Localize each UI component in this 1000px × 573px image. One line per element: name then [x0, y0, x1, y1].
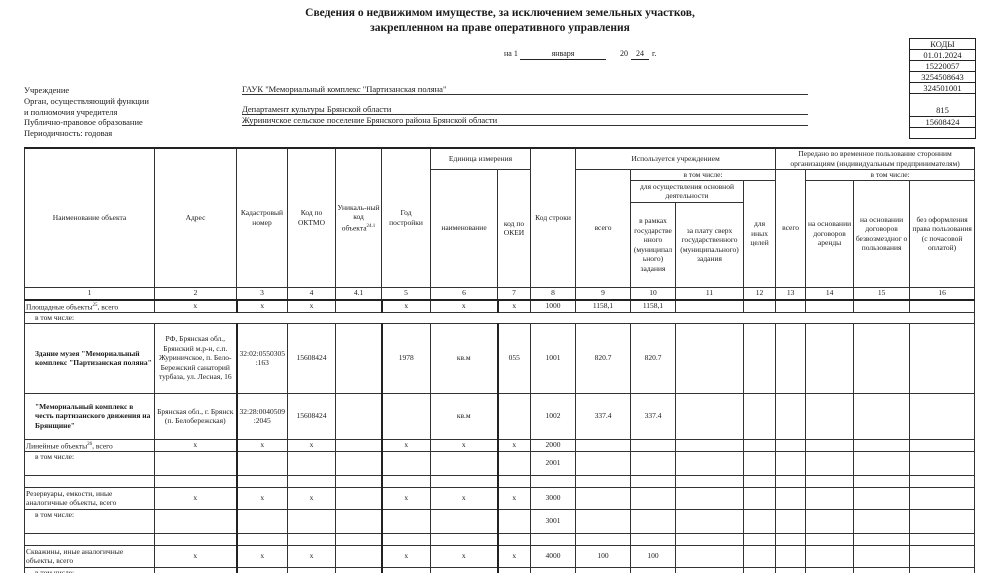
cell-col-9 — [576, 533, 631, 545]
row-label: в том числе: — [25, 312, 975, 323]
cell-col-5 — [382, 475, 431, 487]
cell-col-7 — [498, 567, 531, 573]
table-row: Скважины, иные аналогичные объекты, всег… — [25, 545, 975, 567]
header-cadastral: Кадастровый номер — [237, 148, 288, 287]
cell-col-8: 1000 — [531, 300, 576, 313]
code-oktmo: 15608424 — [910, 117, 975, 128]
cell-col-10: 820.7 — [631, 323, 676, 393]
cell-col-13 — [776, 545, 806, 567]
cell-col-4.1 — [336, 439, 382, 451]
date-suffix: г. — [652, 49, 656, 59]
cell-col-15 — [854, 475, 910, 487]
cell-col-12 — [744, 509, 776, 533]
cell-col-6: кв.м — [431, 393, 498, 439]
cell-col-14 — [806, 533, 854, 545]
cell-col-3 — [237, 567, 288, 573]
cell-col-12 — [744, 475, 776, 487]
cell-col-12 — [744, 533, 776, 545]
cell-col-13 — [776, 439, 806, 451]
cell-col-12 — [744, 487, 776, 509]
cell-col-12 — [744, 323, 776, 393]
cell-col-6 — [431, 509, 498, 533]
cell-col-10 — [631, 439, 676, 451]
cell-col-15 — [854, 509, 910, 533]
cell-col-4.1 — [336, 533, 382, 545]
table-row: в том числе: — [25, 312, 975, 323]
code-date: 01.01.2024 — [910, 50, 975, 61]
cell-col-5 — [382, 393, 431, 439]
column-number: 1 — [25, 287, 155, 300]
cell-col-16 — [910, 533, 975, 545]
code-inn: 3254508643 — [910, 72, 975, 83]
column-number: 2 — [155, 287, 237, 300]
header-lease: на основании договоров аренды — [806, 180, 854, 287]
cell-col-16 — [910, 509, 975, 533]
cell-col-4.1 — [336, 475, 382, 487]
municipality-label: Публично-правовое образование — [24, 117, 143, 128]
cell-col-13 — [776, 509, 806, 533]
table-row: в том числе: — [25, 567, 975, 573]
cell-col-4 — [288, 509, 336, 533]
cell-col-5: x — [382, 439, 431, 451]
cell-col-9 — [576, 439, 631, 451]
cell-col-2: x — [155, 439, 237, 451]
row-label: Линейные объекты26, всего — [25, 439, 155, 451]
cell-col-14 — [806, 487, 854, 509]
column-number: 13 — [776, 287, 806, 300]
header-address: Адрес — [155, 148, 237, 287]
cell-col-12 — [744, 393, 776, 439]
cell-col-12 — [744, 439, 776, 451]
cell-col-13 — [776, 567, 806, 573]
cell-col-2: x — [155, 487, 237, 509]
cell-col-9 — [576, 509, 631, 533]
cell-col-3: x — [237, 439, 288, 451]
cell-col-11 — [676, 393, 744, 439]
cell-col-6 — [431, 451, 498, 475]
document-title-line-2: закрепленном на праве оперативного управ… — [0, 21, 1000, 36]
cell-col-7: x — [498, 300, 531, 313]
date-year-prefix: 20 — [620, 49, 628, 59]
cell-col-6: x — [431, 545, 498, 567]
cell-col-16 — [910, 475, 975, 487]
cell-col-15 — [854, 439, 910, 451]
cell-col-11 — [676, 451, 744, 475]
cell-col-7 — [498, 451, 531, 475]
cell-col-7: x — [498, 545, 531, 567]
cell-col-15 — [854, 533, 910, 545]
cell-col-10: 100 — [631, 545, 676, 567]
cell-col-4: 15608424 — [288, 393, 336, 439]
table-row: "Мемориальный комплекс в честь партизанс… — [25, 393, 975, 439]
cell-col-4: 15608424 — [288, 323, 336, 393]
header-paid-over: за плату сверх государственного (муницип… — [676, 202, 744, 287]
code-okpo: 15220057 — [910, 61, 975, 72]
cell-col-11 — [676, 323, 744, 393]
header-transferred-group: Передано во временное пользование сторон… — [776, 148, 975, 169]
cell-col-5 — [382, 509, 431, 533]
cell-col-15 — [854, 487, 910, 509]
cell-col-4.1 — [336, 451, 382, 475]
cell-col-11 — [676, 300, 744, 313]
cell-col-16 — [910, 487, 975, 509]
cell-col-15 — [854, 323, 910, 393]
institution-label: Учреждение — [24, 85, 69, 96]
cell-col-5: x — [382, 545, 431, 567]
column-number: 10 — [631, 287, 676, 300]
cell-col-9 — [576, 475, 631, 487]
column-number: 8 — [531, 287, 576, 300]
cell-col-14 — [806, 439, 854, 451]
cell-col-5 — [382, 533, 431, 545]
cell-col-3: x — [237, 545, 288, 567]
codes-box: КОДЫ 01.01.2024 15220057 3254508643 3245… — [909, 38, 976, 139]
table-row — [25, 533, 975, 545]
column-number: 7 — [498, 287, 531, 300]
row-label — [25, 533, 155, 545]
column-number: 6 — [431, 287, 498, 300]
cell-col-13 — [776, 533, 806, 545]
cell-col-5 — [382, 451, 431, 475]
column-number: 16 — [910, 287, 975, 300]
row-label: Здание музея "Мемориальный комплекс "Пар… — [25, 323, 155, 393]
cell-col-11 — [676, 509, 744, 533]
row-label — [25, 475, 155, 487]
cell-col-11 — [676, 475, 744, 487]
cell-col-7: 055 — [498, 323, 531, 393]
cell-col-10 — [631, 533, 676, 545]
cell-col-5: 1978 — [382, 323, 431, 393]
cell-col-4: x — [288, 487, 336, 509]
document-title-line-1: Сведения о недвижимом имуществе, за искл… — [0, 6, 1000, 21]
table-row: Здание музея "Мемориальный комплекс "Пар… — [25, 323, 975, 393]
cell-col-13 — [776, 475, 806, 487]
header-transferred-incl: в том числе: — [806, 169, 975, 180]
cell-col-8 — [531, 567, 576, 573]
header-used-total: всего — [576, 169, 631, 287]
cell-col-4 — [288, 451, 336, 475]
header-hourly: без оформления права пользования (с поча… — [910, 180, 975, 287]
header-unit-name: наименование — [431, 169, 498, 287]
cell-col-12 — [744, 545, 776, 567]
cell-col-16 — [910, 545, 975, 567]
table-row: Площадные объекты25, всегоxxxxxx10001158… — [25, 300, 975, 313]
cell-col-5: x — [382, 300, 431, 313]
column-number: 9 — [576, 287, 631, 300]
row-label: "Мемориальный комплекс в честь партизанс… — [25, 393, 155, 439]
cell-col-10 — [631, 487, 676, 509]
header-used-group: Используется учреждением — [576, 148, 776, 169]
cell-col-2 — [155, 567, 237, 573]
code-periodicity — [910, 128, 975, 139]
column-number: 3 — [237, 287, 288, 300]
cell-col-9 — [576, 567, 631, 573]
cell-col-7 — [498, 393, 531, 439]
row-label: в том числе: — [25, 451, 155, 475]
cell-col-8: 1002 — [531, 393, 576, 439]
cell-col-3 — [237, 509, 288, 533]
header-used-incl: в том числе: — [631, 169, 776, 180]
cell-col-2 — [155, 509, 237, 533]
cell-col-13 — [776, 451, 806, 475]
cell-col-14 — [806, 393, 854, 439]
cell-col-10: 337.4 — [631, 393, 676, 439]
cell-col-7 — [498, 509, 531, 533]
cell-col-12 — [744, 300, 776, 313]
cell-col-2: РФ, Брянская обл., Брянский м.р-н, с.п. … — [155, 323, 237, 393]
founder-value: Департамент культуры Брянской области — [242, 104, 808, 115]
cell-col-8: 4000 — [531, 545, 576, 567]
column-number: 5 — [382, 287, 431, 300]
cell-col-4: x — [288, 300, 336, 313]
cell-col-4.1 — [336, 323, 382, 393]
cell-col-11 — [676, 533, 744, 545]
cell-col-2: Брянская обл., г. Брянск (п. Белобережск… — [155, 393, 237, 439]
cell-col-2 — [155, 475, 237, 487]
cell-col-7 — [498, 533, 531, 545]
cell-col-3 — [237, 533, 288, 545]
cell-col-4 — [288, 567, 336, 573]
header-row-code: Код строки — [531, 148, 576, 287]
cell-col-10 — [631, 451, 676, 475]
cell-col-9: 1158,1 — [576, 300, 631, 313]
cell-col-9 — [576, 451, 631, 475]
cell-col-4 — [288, 533, 336, 545]
cell-col-5: x — [382, 487, 431, 509]
cell-col-4: x — [288, 545, 336, 567]
cell-col-8: 3001 — [531, 509, 576, 533]
table-row: в том числе:2001 — [25, 451, 975, 475]
periodicity-label: Периодичность: годовая — [24, 128, 112, 139]
cell-col-3: x — [237, 300, 288, 313]
column-number: 4 — [288, 287, 336, 300]
cell-col-14 — [806, 451, 854, 475]
cell-col-6 — [431, 567, 498, 573]
cell-col-6: x — [431, 439, 498, 451]
header-state-task: в рамках государстве нного (муниципал ьн… — [631, 202, 676, 287]
cell-col-6: x — [431, 300, 498, 313]
cell-col-8 — [531, 533, 576, 545]
cell-col-14 — [806, 475, 854, 487]
founder-label-1: Орган, осуществляющий функции — [24, 96, 149, 107]
row-label: Резервуары, емкости, иные аналогичные об… — [25, 487, 155, 509]
cell-col-6 — [431, 533, 498, 545]
code-founder: 815 — [910, 94, 975, 117]
header-free-use: на основании договоров безвозмездног о п… — [854, 180, 910, 287]
cell-col-14 — [806, 567, 854, 573]
cell-col-14 — [806, 545, 854, 567]
cell-col-8: 3000 — [531, 487, 576, 509]
cell-col-7 — [498, 475, 531, 487]
cell-col-13 — [776, 393, 806, 439]
cell-col-3: 32:02:0550305 :163 — [237, 323, 288, 393]
header-unique-code: Уникаль-ный код объекта24.1 — [336, 148, 382, 287]
cell-col-9: 100 — [576, 545, 631, 567]
header-oktmo: Код по ОКТМО — [288, 148, 336, 287]
cell-col-16 — [910, 323, 975, 393]
cell-col-3 — [237, 451, 288, 475]
date-prefix: на 1 — [504, 49, 518, 59]
institution-value: ГАУК "Мемориальный комплекс "Партизанска… — [242, 84, 808, 95]
cell-col-16 — [910, 393, 975, 439]
table-row — [25, 475, 975, 487]
column-number: 15 — [854, 287, 910, 300]
cell-col-3: x — [237, 487, 288, 509]
cell-col-4.1 — [336, 300, 382, 313]
cell-col-9: 820.7 — [576, 323, 631, 393]
cell-col-3: 32:28:0040509 :2045 — [237, 393, 288, 439]
cell-col-9: 337.4 — [576, 393, 631, 439]
cell-col-16 — [910, 300, 975, 313]
row-label: Площадные объекты25, всего — [25, 300, 155, 313]
cell-col-13 — [776, 300, 806, 313]
cell-col-13 — [776, 323, 806, 393]
cell-col-4: x — [288, 439, 336, 451]
code-kpp: 324501001 — [910, 83, 975, 94]
cell-col-15 — [854, 451, 910, 475]
cell-col-4.1 — [336, 393, 382, 439]
header-name: Наименование объекта — [25, 148, 155, 287]
cell-col-2: x — [155, 545, 237, 567]
cell-col-8: 2000 — [531, 439, 576, 451]
column-number: 14 — [806, 287, 854, 300]
header-transferred-total: всего — [776, 169, 806, 287]
header-unit-group: Единица измерения — [431, 148, 531, 169]
cell-col-15 — [854, 545, 910, 567]
cell-col-10 — [631, 475, 676, 487]
cell-col-6 — [431, 475, 498, 487]
cell-col-4.1 — [336, 567, 382, 573]
cell-col-14 — [806, 509, 854, 533]
cell-col-16 — [910, 451, 975, 475]
cell-col-12 — [744, 451, 776, 475]
cell-col-14 — [806, 323, 854, 393]
date-month: января — [520, 49, 606, 60]
cell-col-4.1 — [336, 509, 382, 533]
cell-col-6: кв.м — [431, 323, 498, 393]
cell-col-8: 1001 — [531, 323, 576, 393]
row-label: в том числе: — [25, 567, 155, 573]
cell-col-4.1 — [336, 545, 382, 567]
cell-col-4.1 — [336, 487, 382, 509]
row-label: Скважины, иные аналогичные объекты, всег… — [25, 545, 155, 567]
column-number: 12 — [744, 287, 776, 300]
row-label: в том числе: — [25, 509, 155, 533]
cell-col-2 — [155, 533, 237, 545]
cell-col-9 — [576, 487, 631, 509]
cell-col-15 — [854, 567, 910, 573]
cell-col-10: 1158,1 — [631, 300, 676, 313]
municipality-value: Журиничское сельское поселение Брянского… — [242, 115, 808, 126]
cell-col-7: x — [498, 487, 531, 509]
cell-col-6: x — [431, 487, 498, 509]
column-number: 4.1 — [336, 287, 382, 300]
cell-col-12 — [744, 567, 776, 573]
column-numbers-row: 12344.15678910111213141516 — [25, 287, 975, 300]
date-year: 24 — [631, 49, 649, 60]
cell-col-2 — [155, 451, 237, 475]
cell-col-3 — [237, 475, 288, 487]
header-unit-okei: код по ОКЕИ — [498, 169, 531, 287]
cell-col-16 — [910, 567, 975, 573]
cell-col-15 — [854, 300, 910, 313]
cell-col-10 — [631, 509, 676, 533]
cell-col-15 — [854, 393, 910, 439]
header-other: для иных целей — [744, 180, 776, 287]
header-main-activity: для осуществления основной деятельности — [631, 180, 744, 202]
cell-col-5 — [382, 567, 431, 573]
cell-col-16 — [910, 439, 975, 451]
cell-col-11 — [676, 545, 744, 567]
table-row: Линейные объекты26, всегоxxxxxx2000 — [25, 439, 975, 451]
column-number: 11 — [676, 287, 744, 300]
cell-col-4 — [288, 475, 336, 487]
cell-col-10 — [631, 567, 676, 573]
cell-col-11 — [676, 487, 744, 509]
table-row: Резервуары, емкости, иные аналогичные об… — [25, 487, 975, 509]
cell-col-8: 2001 — [531, 451, 576, 475]
table-row: в том числе:3001 — [25, 509, 975, 533]
header-year: Год постройки — [382, 148, 431, 287]
cell-col-11 — [676, 567, 744, 573]
cell-col-13 — [776, 487, 806, 509]
cell-col-2: x — [155, 300, 237, 313]
cell-col-11 — [676, 439, 744, 451]
cell-col-7: x — [498, 439, 531, 451]
cell-col-8 — [531, 475, 576, 487]
property-table: Наименование объекта Адрес Кадастровый н… — [24, 147, 975, 573]
codes-header: КОДЫ — [910, 39, 975, 50]
cell-col-14 — [806, 300, 854, 313]
